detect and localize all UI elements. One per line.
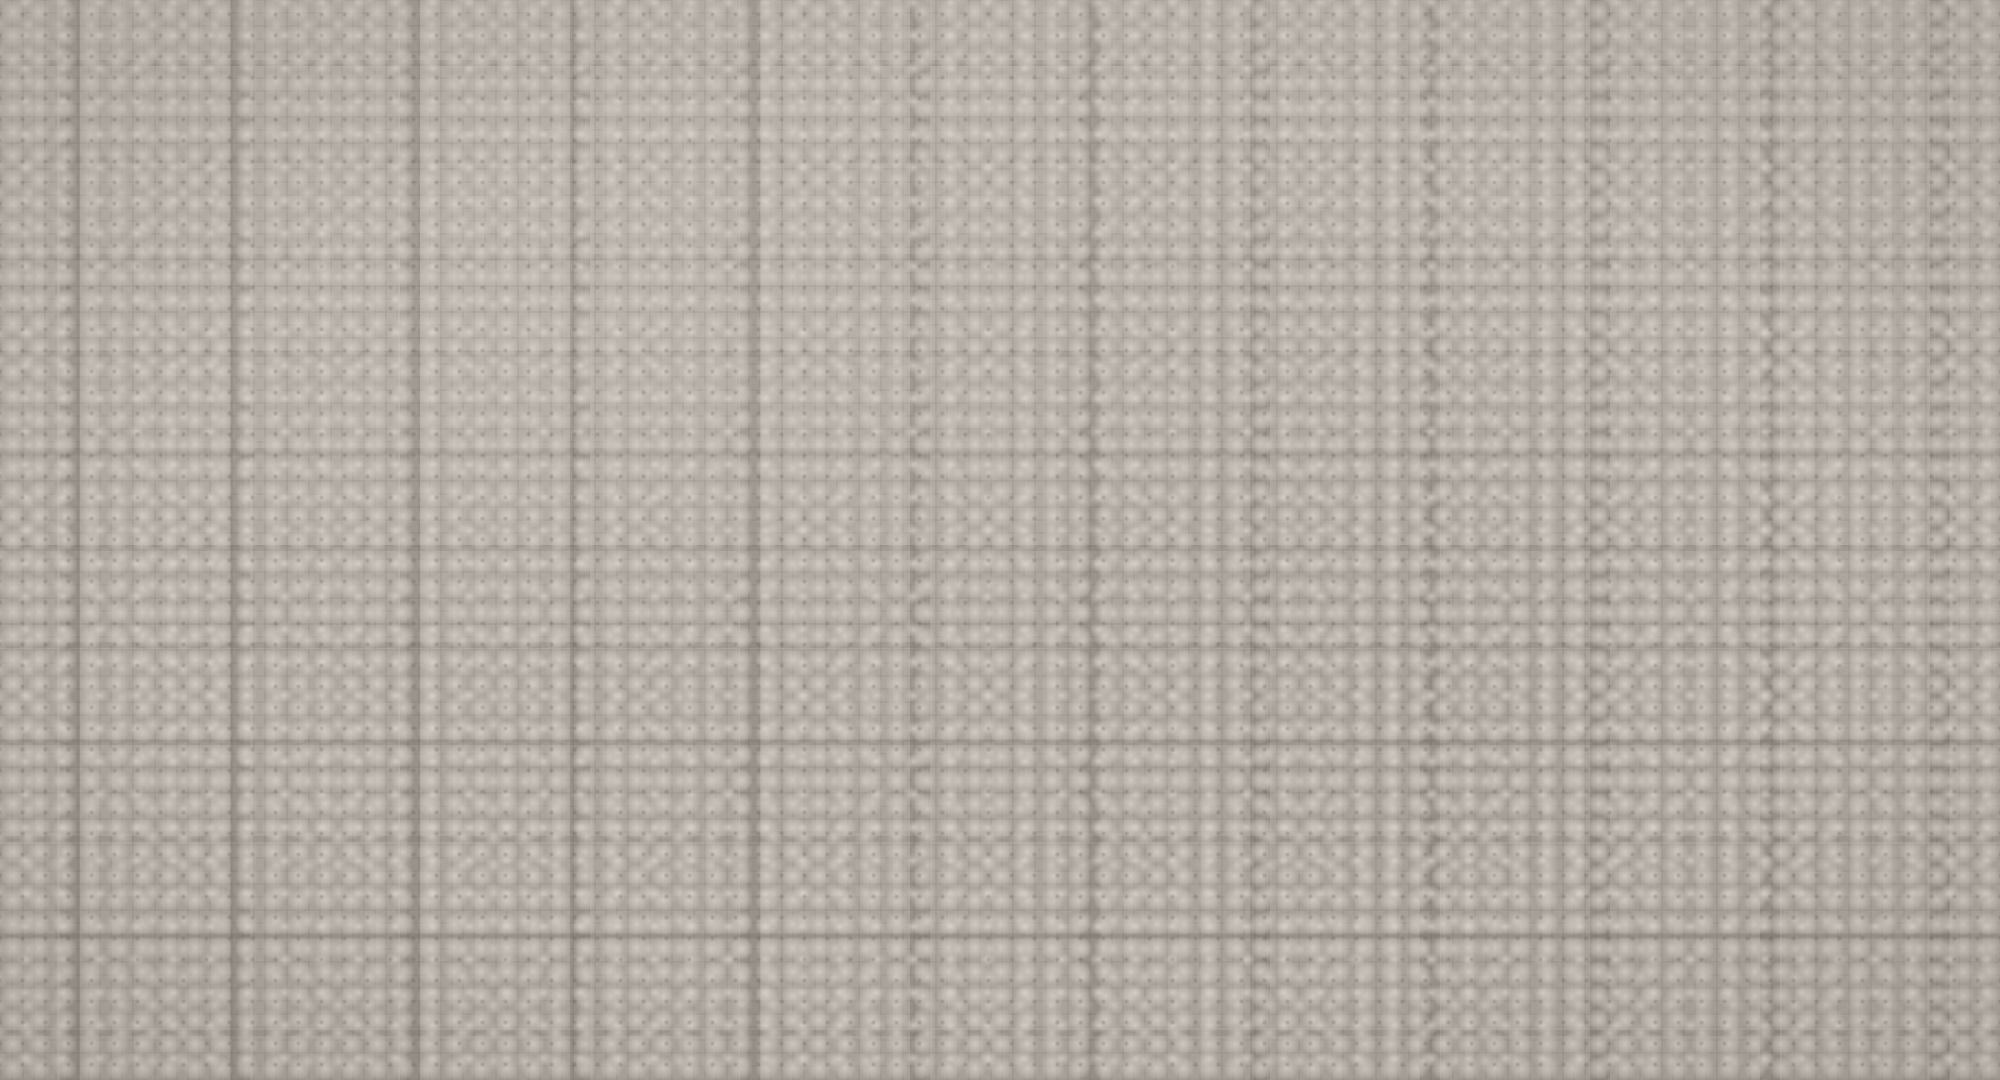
fabric-vignette [0,0,2000,1080]
boucle-fabric-texture [0,0,2000,1080]
